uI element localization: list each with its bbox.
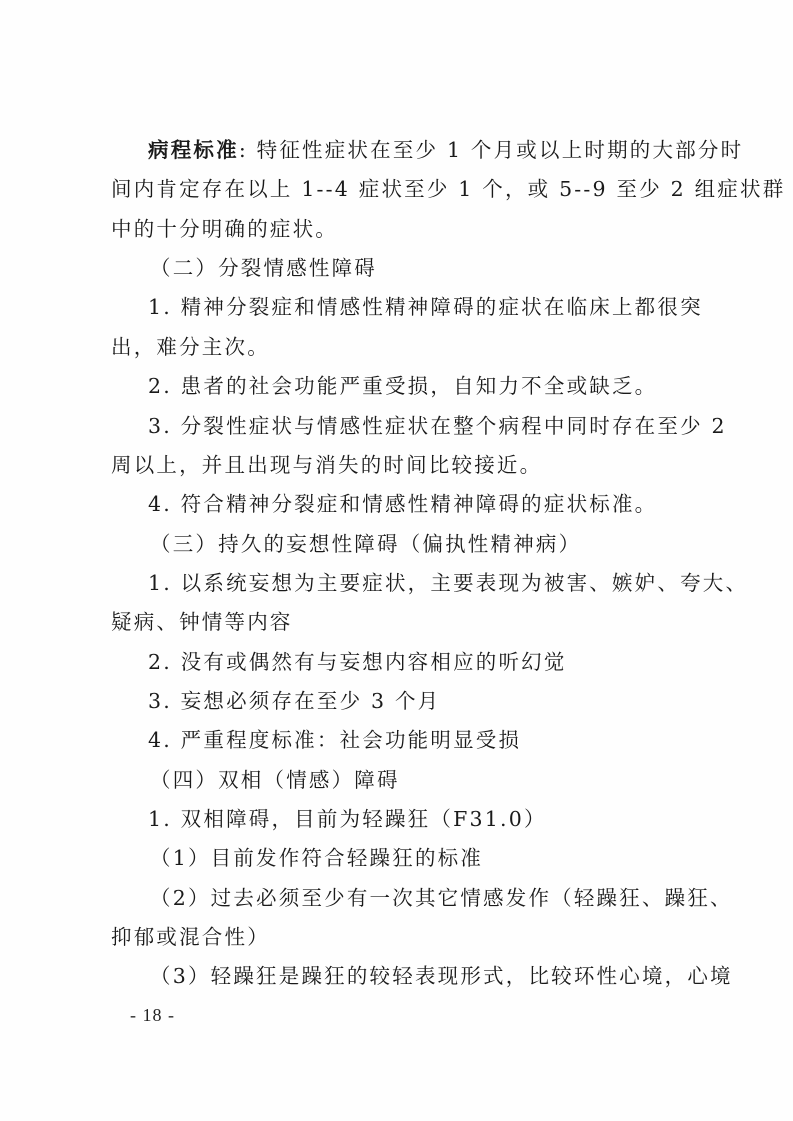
bipolar-subitem-2: （2）过去必须至少有一次其它情感发作（轻躁狂、躁狂、 — [150, 885, 733, 911]
course-criteria-line-3: 中的十分明确的症状。 — [111, 216, 338, 242]
schizoaffective-item-2: 2. 患者的社会功能严重受损，自知力不全或缺乏。 — [148, 373, 657, 399]
bipolar-subitem-1: （1）目前发作符合轻躁狂的标准 — [150, 845, 483, 871]
delusional-item-1-cont: 疑病、钟情等内容 — [111, 609, 293, 635]
bipolar-subitem-2-cont: 抑郁或混合性） — [111, 924, 270, 950]
schizoaffective-item-1: 1. 精神分裂症和情感性精神障碍的症状在临床上都很突 — [148, 294, 703, 320]
course-criteria-heading: 病程标准 — [148, 138, 239, 162]
course-criteria-text: : 特征性症状在至少 1 个月或以上时期的大部分时 — [239, 138, 744, 162]
document-page: 病程标准: 特征性症状在至少 1 个月或以上时期的大部分时 间内肯定存在以上 1… — [0, 0, 793, 1121]
schizoaffective-item-3: 3. 分裂性症状与情感性症状在整个病程中同时存在至少 2 — [148, 413, 727, 439]
delusional-item-3: 3. 妄想必须存在至少 3 个月 — [148, 688, 440, 714]
section-heading-delusional: （三）持久的妄想性障碍（偏执性精神病） — [150, 531, 581, 557]
schizoaffective-item-1-cont: 出，难分主次。 — [111, 334, 270, 360]
delusional-item-4: 4. 严重程度标准：社会功能明显受损 — [148, 727, 521, 753]
course-criteria-line-1: 病程标准: 特征性症状在至少 1 个月或以上时期的大部分时 — [148, 137, 743, 163]
course-criteria-line-2: 间内肯定存在以上 1--4 症状至少 1 个，或 5--9 至少 2 组症状群 — [111, 176, 785, 202]
schizoaffective-item-4: 4. 符合精神分裂症和情感性精神障碍的症状标准。 — [148, 491, 657, 517]
delusional-item-2: 2. 没有或偶然有与妄想内容相应的听幻觉 — [148, 649, 567, 675]
bipolar-item-1: 1. 双相障碍，目前为轻躁狂（F31.0） — [148, 806, 547, 832]
delusional-item-1: 1. 以系统妄想为主要症状，主要表现为被害、嫉妒、夸大、 — [148, 570, 748, 596]
section-heading-bipolar: （四）双相（情感）障碍 — [150, 767, 400, 793]
section-heading-schizoaffective: （二）分裂情感性障碍 — [150, 255, 377, 281]
bipolar-subitem-3: （3）轻躁狂是躁狂的较轻表现形式，比较环性心境，心境 — [150, 963, 733, 989]
schizoaffective-item-3-cont: 周以上，并且出现与消失的时间比较接近。 — [111, 452, 542, 478]
page-number: - 18 - — [130, 1004, 175, 1026]
